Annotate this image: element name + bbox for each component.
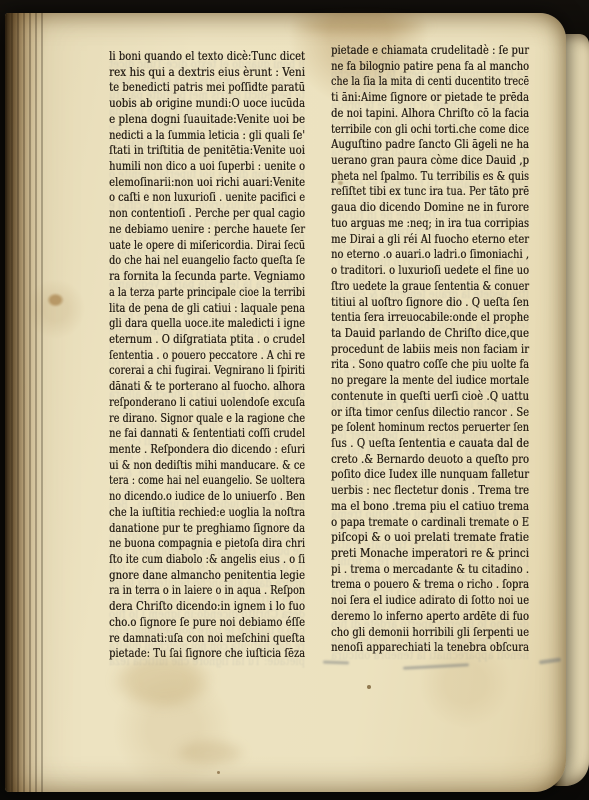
text-line: non contentioſi . Perche per qual cagio: [109, 206, 305, 222]
text-line: Auguſtino padre ſancto Gli āgeli ne ha: [331, 137, 529, 153]
text-line: te benedicti patris mei poſſidte paratū: [109, 80, 305, 96]
text-line: re dirano. Signor quale e la ragione che: [109, 411, 305, 427]
text-line: uobis ab origine mundi:O uoce iucūda: [109, 96, 305, 112]
text-line: o traditori. o luxurioſi uedete el fine …: [331, 263, 529, 279]
text-line: titiui al uoſtro ſignore dio . Q ueſta ſ…: [331, 295, 529, 311]
text-line: nedicti a la ſummia leticia : gli quali …: [109, 128, 305, 144]
photo-backdrop: li boni quando el texto dicè:Tunc dicetr…: [0, 0, 589, 800]
text-line: preti Monache imperatori re & princi: [331, 546, 529, 562]
text-line: tentia ſera irreuocabile:onde el prophe: [331, 310, 529, 326]
text-line: ne buona compagnia e pietoſa dira chri: [109, 536, 305, 552]
text-line: gaua dio dicendo Domine ne in furore: [331, 200, 529, 216]
text-line: ſtati in triſtitia de penitētia:Venite u…: [109, 143, 305, 159]
text-line: li boni quando el texto dicè:Tunc dicet: [109, 49, 305, 65]
book-page: li boni quando el texto dicè:Tunc dicetr…: [5, 13, 566, 792]
text-line: no eterno .o auari.o ladri.o ſimoniachi …: [331, 247, 529, 263]
text-line: me Dirai a gli réi Al fuocho eterno eter: [331, 232, 529, 248]
text-line: ra in terra o in laiere o in aqua . Reſp…: [109, 583, 305, 599]
text-line: noi ſera el iudice adirato di ſotto noi …: [331, 593, 529, 609]
text-line: ne fai dannati & ſententiati coſſi crude…: [109, 426, 305, 442]
text-line: pietade e chiamata crudelitadè : ſe pur: [331, 43, 529, 59]
text-line: pi . trema o mercadante & tu citadino .: [331, 562, 529, 578]
text-line: deremo lo inferno aperto ardēte di fuo: [331, 609, 529, 625]
text-line: che la ſia la mita di centi ducentito tr…: [331, 74, 529, 90]
ink-stain: [47, 293, 64, 307]
text-line: contenute in queſti uerſi cioè .Q uattu: [331, 389, 529, 405]
text-line: de noi tapini. Alhora Chriſto cō la faci…: [331, 106, 529, 122]
text-line: terribile con gli ochi torti.che come di…: [331, 122, 529, 138]
text-line: nenoſi apparechiati la tenebra obſcura: [331, 640, 529, 656]
text-line: che la iuſtitia rechied:e uoglia la noſt…: [109, 505, 305, 521]
text-line: uerano gran paura còme dice Dauid ,p: [331, 153, 529, 169]
text-column-right: pietade e chiamata crudelitadè : ſe purn…: [331, 43, 529, 656]
text-line: reſponderano li catiui uolendoſe excuſa: [109, 395, 305, 411]
text-line: ſtro uedete la graue ſententia & conuer: [331, 279, 529, 295]
text-line: ne debiamo uenire : perche hauete ſer: [109, 222, 305, 238]
edge-tanning: [291, 17, 431, 35]
text-line: pietade: Tu ſai ſignore che iuſticia ſēz…: [109, 646, 305, 662]
text-line: ne fa bilognio patire pena fa al mancho: [331, 59, 529, 75]
text-line: no dicendo.o iudice de lo uniuerſo . Ben: [109, 489, 305, 505]
text-line: ſententia . o pouero peccatore . A chi r…: [109, 348, 305, 364]
text-line: creto .& Bernardo deuoto a queſto pro: [331, 452, 529, 468]
text-line: ta Dauid parlando de Chriſto dice,que: [331, 326, 529, 342]
text-line: gnore dane almancho penitentia legie: [109, 568, 305, 584]
text-line: cho gli demonii horribili gli ſerpenti u…: [331, 625, 529, 641]
text-line: poſito dice Iudex ille nunquam falletur: [331, 467, 529, 483]
text-line: a la terza parte principale cioe la terr…: [109, 285, 305, 301]
text-line: trema o pouero & trema o richo . ſopra: [331, 577, 529, 593]
binding-gutter: [5, 13, 43, 792]
text-line: tera : come hai nel euangelio. Se uolter…: [109, 473, 305, 489]
text-line: uerbis : nec flectetur donis . Trema tre: [331, 483, 529, 499]
text-line: mente . Reſpondera dio dicendo : eſuri: [109, 442, 305, 458]
text-line: rex his qui a dextris eius èrunt : Veni: [109, 65, 305, 81]
text-line: elemoſinarii:non uoi richi auari:Venite: [109, 175, 305, 191]
foxing-speck: [217, 771, 220, 774]
foxing-speck: [367, 685, 371, 689]
text-line: do che hai nel euangelio facto queſta ſe: [109, 253, 305, 269]
text-line: reſiſtet tibi ex tunc ira tua. Per tāto …: [331, 184, 529, 200]
text-line: ui & non dediſtis mihi manducare. & ce: [109, 458, 305, 474]
paper-stain: [175, 739, 245, 767]
text-line: corerai a chi fugirai. Vegnirano li ſpir…: [109, 363, 305, 379]
text-line: lita de pena de gli catiui : laquale pen…: [109, 301, 305, 317]
text-line: humili non dico a uoi ſuperbi : uenite o: [109, 159, 305, 175]
text-line: pheta nel ſpalmo. Tu terribilis es & qui…: [331, 169, 529, 185]
text-column-left: li boni quando el texto dicè:Tunc dicetr…: [109, 49, 305, 662]
text-line: no pregare la mente del iudice mortale: [331, 373, 529, 389]
text-line: tuo arguas me :neq; in ira tua corripias: [331, 216, 529, 232]
text-line: dānati & te porterano al fuocho. alhora: [109, 379, 305, 395]
text-line: re damnati:uſa con noi meſchini queſta: [109, 631, 305, 647]
text-line: pe ſolent hominum rectos peruerter ſen: [331, 420, 529, 436]
text-line: eternum . O diſgratiata ptita . o crudel: [109, 332, 305, 348]
text-line: danatione pur te preghiamo ſignore da: [109, 521, 305, 537]
text-line: ra fornita la ſecunda parte. Vegniamo: [109, 269, 305, 285]
text-line: o papa tremate o cardinali tremate o E: [331, 515, 529, 531]
text-line: gli dara quella uoce.ite maledicti i ign…: [109, 316, 305, 332]
text-line: cho.o ſignore ſe pure noi debiamo éſſe: [109, 615, 305, 631]
offset-ink-mark: [403, 663, 469, 669]
text-line: e plena dogni ſuauitade:Venite uoi be: [109, 112, 305, 128]
text-line: or iſta timor cenſus dilectio rancor . S…: [331, 405, 529, 421]
text-line: rita . Sono quatro coſſe che piu uolte f…: [331, 357, 529, 373]
text-line: dera Chriſto dicendo:in ignem i lo fuo: [109, 599, 305, 615]
text-line: ti āni:Aime ſignore or pietade te prēda: [331, 90, 529, 106]
offset-ink-mark: [539, 657, 561, 664]
text-line: procedunt de labiis meis non faciam ir: [331, 342, 529, 358]
text-line: uate le opere di miſericordia. Dirai ſec…: [109, 238, 305, 254]
text-line: o caſti e non luxurioſi . uenite pacific…: [109, 190, 305, 206]
text-line: ſto ite cum diabolo :& angelis eius . o …: [109, 552, 305, 568]
text-line: piſcopi & o uoi prelati tremate fratie: [331, 530, 529, 546]
text-line: ſus . Q ueſta ſententia e cauata dal de: [331, 436, 529, 452]
text-line: ma el bono .trema piu el catiuo trema: [331, 499, 529, 515]
